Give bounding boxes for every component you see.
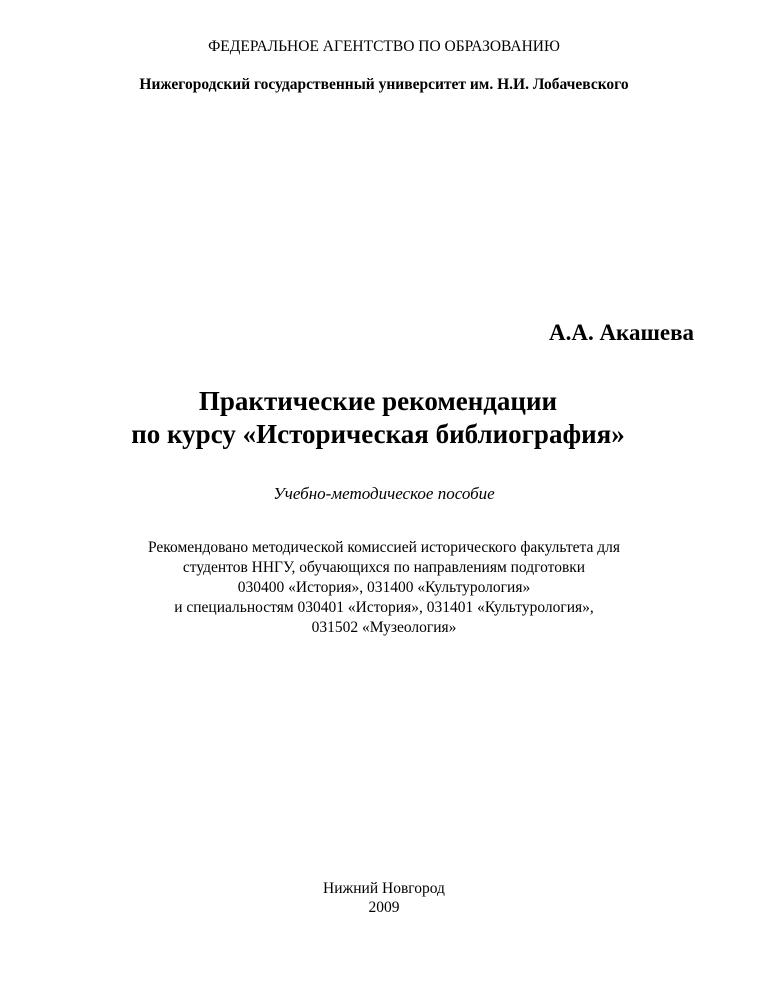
- author-name: А.А. Акашева: [549, 320, 694, 346]
- university-name: Нижегородский государственный университе…: [0, 76, 768, 94]
- title-line-2: по курсу «Историческая библиография»: [0, 418, 768, 451]
- imprint: Нижний Новгород 2009: [0, 879, 768, 917]
- agency-heading: ФЕДЕРАЛЬНОЕ АГЕНТСТВО ПО ОБРАЗОВАНИЮ: [0, 38, 768, 56]
- recommendation-line: 031502 «Музеология»: [0, 618, 768, 638]
- title-line-1: Практические рекомендации: [0, 385, 768, 418]
- recommendation-line: 030400 «История», 031400 «Культурология»: [0, 578, 768, 598]
- publication-year: 2009: [0, 898, 768, 917]
- recommendation-block: Рекомендовано методической комиссией ист…: [0, 538, 768, 638]
- city-name: Нижний Новгород: [0, 879, 768, 898]
- document-subtitle: Учебно-методическое пособие: [0, 484, 768, 504]
- recommendation-line: Рекомендовано методической комиссией ист…: [0, 538, 768, 558]
- recommendation-line: и специальностям 030401 «История», 03140…: [0, 598, 768, 618]
- recommendation-line: студентов ННГУ, обучающихся по направлен…: [0, 558, 768, 578]
- document-title: Практические рекомендации по курсу «Исто…: [0, 385, 768, 451]
